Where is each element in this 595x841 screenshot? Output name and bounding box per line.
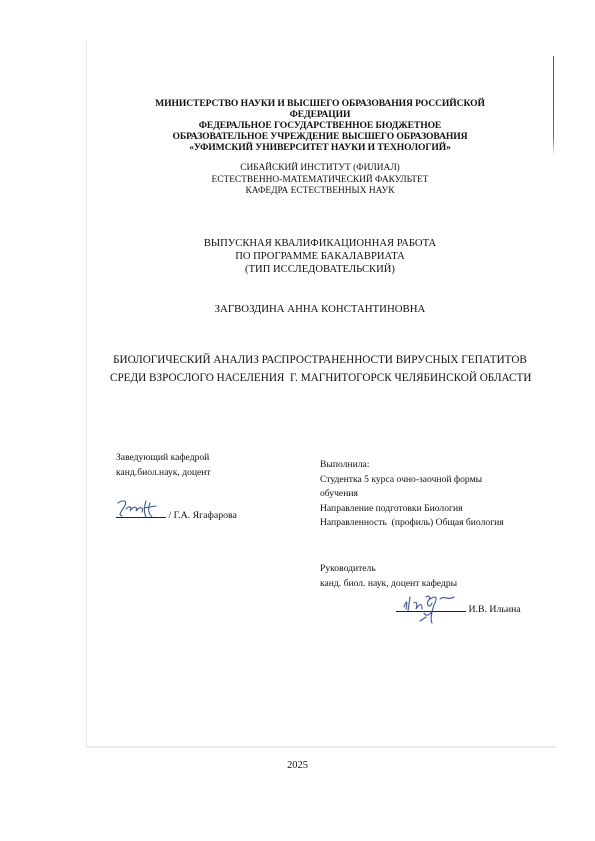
supervisor-signature-name: И.В. Ильина bbox=[468, 604, 520, 615]
ministry-line: ФЕДЕРАЛЬНОЕ ГОСУДАРСТВЕННОЕ БЮДЖЕТНОЕ bbox=[125, 120, 515, 131]
ministry-header: МИНИСТЕРСТВО НАУКИ И ВЫСШЕГО ОБРАЗОВАНИЯ… bbox=[125, 98, 515, 153]
supervisor-degree: канд. биол. наук, доцент кафедры bbox=[320, 576, 560, 591]
year: 2025 bbox=[270, 760, 325, 771]
supervisor-signature-row: И.В. Ильина bbox=[396, 597, 556, 617]
work-type-line: (ТИП ИССЛЕДОВАТЕЛЬСКИЙ) bbox=[180, 263, 460, 276]
ministry-line: ОБРАЗОВАТЕЛЬНОЕ УЧРЕЖДЕНИЕ ВЫСШЕГО ОБРАЗ… bbox=[125, 131, 515, 142]
performed-label: Выполнила: bbox=[320, 458, 550, 473]
signature-line bbox=[396, 597, 466, 612]
ministry-line: МИНИСТЕРСТВО НАУКИ И ВЫСШЕГО ОБРАЗОВАНИЯ… bbox=[125, 98, 515, 120]
topic-line: СРЕДИ ВЗРОСЛОГО НАСЕЛЕНИЯ Г. МАГНИТОГОРС… bbox=[110, 369, 530, 387]
study-direction: Направление подготовки Биология bbox=[320, 502, 550, 517]
supervisor-title: Руководитель bbox=[320, 561, 560, 576]
head-of-department-block: Заведующий кафедрой канд.биол.наук, доце… bbox=[116, 450, 306, 480]
author-name: ЗАГВОЗДИНА АННА КОНСТАНТИНОВНА bbox=[180, 304, 460, 316]
study-form: обучения bbox=[320, 487, 550, 502]
institute-name: СИБАЙСКИЙ ИНСТИТУТ (ФИЛИАЛ) bbox=[200, 163, 440, 175]
faculty-name: ЕСТЕСТВЕННО-МАТЕМАТИЧЕСКИЙ ФАКУЛЬТЕТ bbox=[200, 175, 440, 187]
performed-by-block: Выполнила: Студентка 5 курса очно-заочно… bbox=[320, 458, 550, 531]
head-signature-row: / Г.А. Ягафарова bbox=[116, 503, 276, 523]
work-type-line: ПО ПРОГРАММЕ БАКАЛАВРИАТА bbox=[180, 250, 460, 263]
scan-edge-line bbox=[553, 56, 554, 156]
thesis-topic: БИОЛОГИЧЕСКИЙ АНАЛИЗ РАСПРОСТРАНЕННОСТИ … bbox=[110, 351, 530, 387]
signature-line bbox=[116, 503, 166, 518]
head-signature-name: / Г.А. Ягафарова bbox=[168, 510, 236, 521]
head-degree: канд.биол.наук, доцент bbox=[116, 465, 306, 480]
supervisor-block: Руководитель канд. биол. наук, доцент ка… bbox=[320, 561, 560, 591]
university-name: «УФИМСКИЙ УНИВЕРСИТЕТ НАУКИ И ТЕХНОЛОГИЙ… bbox=[125, 142, 515, 153]
topic-line: БИОЛОГИЧЕСКИЙ АНАЛИЗ РАСПРОСТРАНЕННОСТИ … bbox=[110, 351, 530, 369]
institute-header: СИБАЙСКИЙ ИНСТИТУТ (ФИЛИАЛ) ЕСТЕСТВЕННО-… bbox=[200, 163, 440, 198]
work-type-line: ВЫПУСКНАЯ КВАЛИФИКАЦИОННАЯ РАБОТА bbox=[180, 237, 460, 250]
department-name: КАФЕДРА ЕСТЕСТВЕННЫХ НАУК bbox=[200, 186, 440, 198]
student-course: Студентка 5 курса очно-заочной формы bbox=[320, 473, 550, 488]
study-profile: Направленность (профиль) Общая биология bbox=[320, 516, 550, 531]
work-type: ВЫПУСКНАЯ КВАЛИФИКАЦИОННАЯ РАБОТА ПО ПРО… bbox=[180, 237, 460, 276]
head-title: Заведующий кафедрой bbox=[116, 450, 306, 465]
